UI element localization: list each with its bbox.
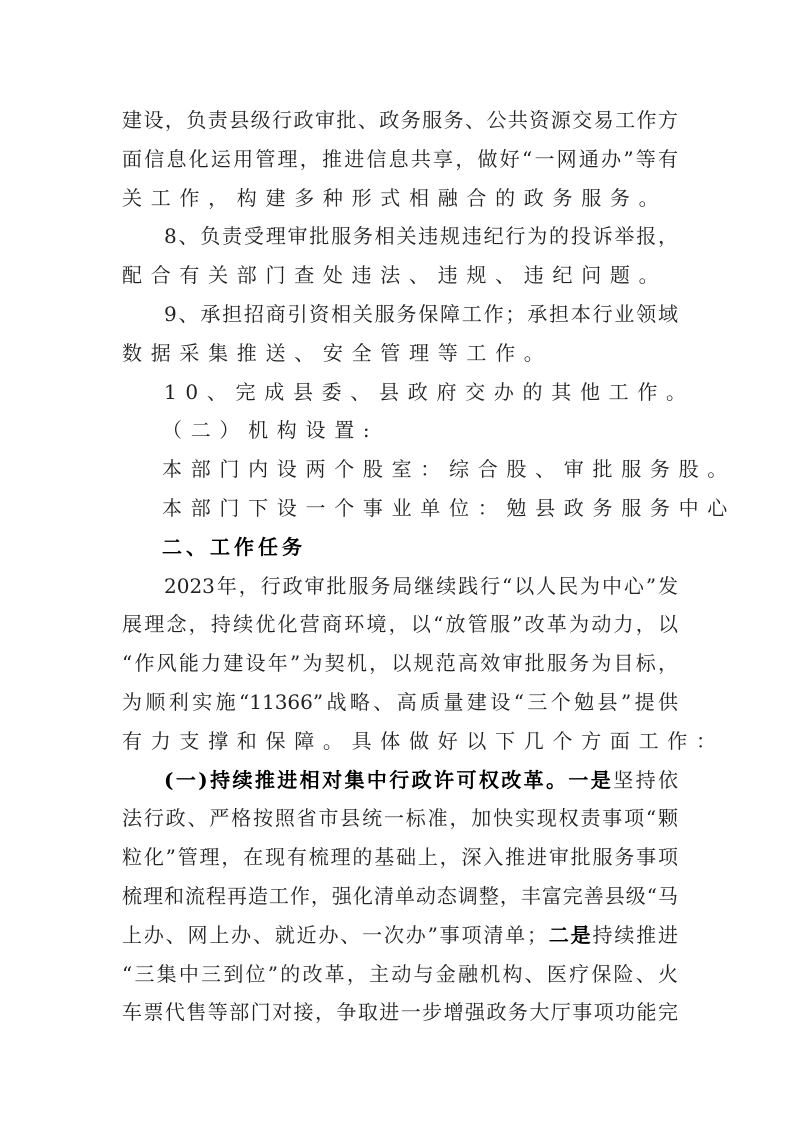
paragraph-line: 配合有关部门查处违法、违规、违纪问题。 bbox=[122, 256, 678, 295]
paragraph-line: 粒化”管理，在现有梳理的基础上，深入推进审批服务事项 bbox=[122, 838, 678, 877]
paragraph-line: 展理念，持续优化营商环境，以“放管服”改革为动力，以 bbox=[122, 605, 678, 644]
paragraph-line: 法行政、严格按照省市县统一标准，加快实现权责事项“颗 bbox=[122, 799, 678, 838]
point-two-label: 二是 bbox=[547, 923, 593, 947]
work-tasks-intro-line: 2023年，行政审批服务局继续践行“以人民为中心”发 bbox=[122, 567, 678, 606]
paragraph-line: 面信息化运用管理，推进信息共享，做好“一网通办”等有 bbox=[122, 140, 678, 179]
paragraph-line: 梳理和流程再造工作，强化清单动态调整，丰富完善县级“马 bbox=[122, 877, 678, 916]
paragraph-line: 为顺利实施“11366”战略、高质量建设“三个勉县”提供 bbox=[122, 683, 678, 722]
line-text: 持续推进 bbox=[593, 923, 679, 947]
duty-item-9: 9、承担招商引资相关服务保障工作；承担本行业领域 bbox=[122, 295, 678, 334]
paragraph-line: “三集中三到位”的改革，主动与金融机构、医疗保险、火 bbox=[122, 955, 678, 994]
paragraph-line: 关工作，构建多种形式相融合的政务服务。 bbox=[122, 179, 678, 218]
paragraph-line: 建设，负责县级行政审批、政务服务、公共资源交易工作方 bbox=[122, 101, 678, 140]
paragraph-line: 车票代售等部门对接，争取进一步增强政务大厅事项功能完 bbox=[122, 993, 678, 1032]
paragraph-line: “作风能力建设年”为契机，以规范高效审批服务为目标， bbox=[122, 644, 678, 683]
task-1-heading: (一)持续推进相对集中行政许可权改革。一是 bbox=[164, 768, 613, 792]
internal-departments-line: 本部门内设两个股室：综合股、审批服务股。 bbox=[122, 450, 678, 489]
paragraph-line: 数据采集推送、安全管理等工作。 bbox=[122, 334, 678, 373]
document-page: 建设，负责县级行政审批、政务服务、公共资源交易工作方 面信息化运用管理，推进信息… bbox=[0, 0, 793, 1122]
section-heading-work-tasks: 二、工作任务 bbox=[122, 528, 678, 567]
paragraph-line: 有力支撑和保障。具体做好以下几个方面工作： bbox=[122, 722, 678, 761]
affiliated-unit-line: 本部门下设一个事业单位：勉县政务服务中心 bbox=[122, 489, 678, 528]
task-1-line: (一)持续推进相对集中行政许可权改革。一是坚持依 bbox=[122, 761, 678, 800]
paragraph-line: 上办、网上办、就近办、一次办”事项清单；二是持续推进 bbox=[122, 916, 678, 955]
section-subheading-organization: （二）机构设置: bbox=[122, 411, 678, 450]
task-1-text: 坚持依 bbox=[613, 768, 678, 792]
document-body: 建设，负责县级行政审批、政务服务、公共资源交易工作方 面信息化运用管理，推进信息… bbox=[122, 101, 678, 1032]
duty-item-8: 8、负责受理审批服务相关违规违纪行为的投诉举报， bbox=[122, 217, 678, 256]
duty-item-10: 10、完成县委、县政府交办的其他工作。 bbox=[122, 373, 678, 412]
line-text: 上办、网上办、就近办、一次办”事项清单； bbox=[122, 923, 547, 947]
